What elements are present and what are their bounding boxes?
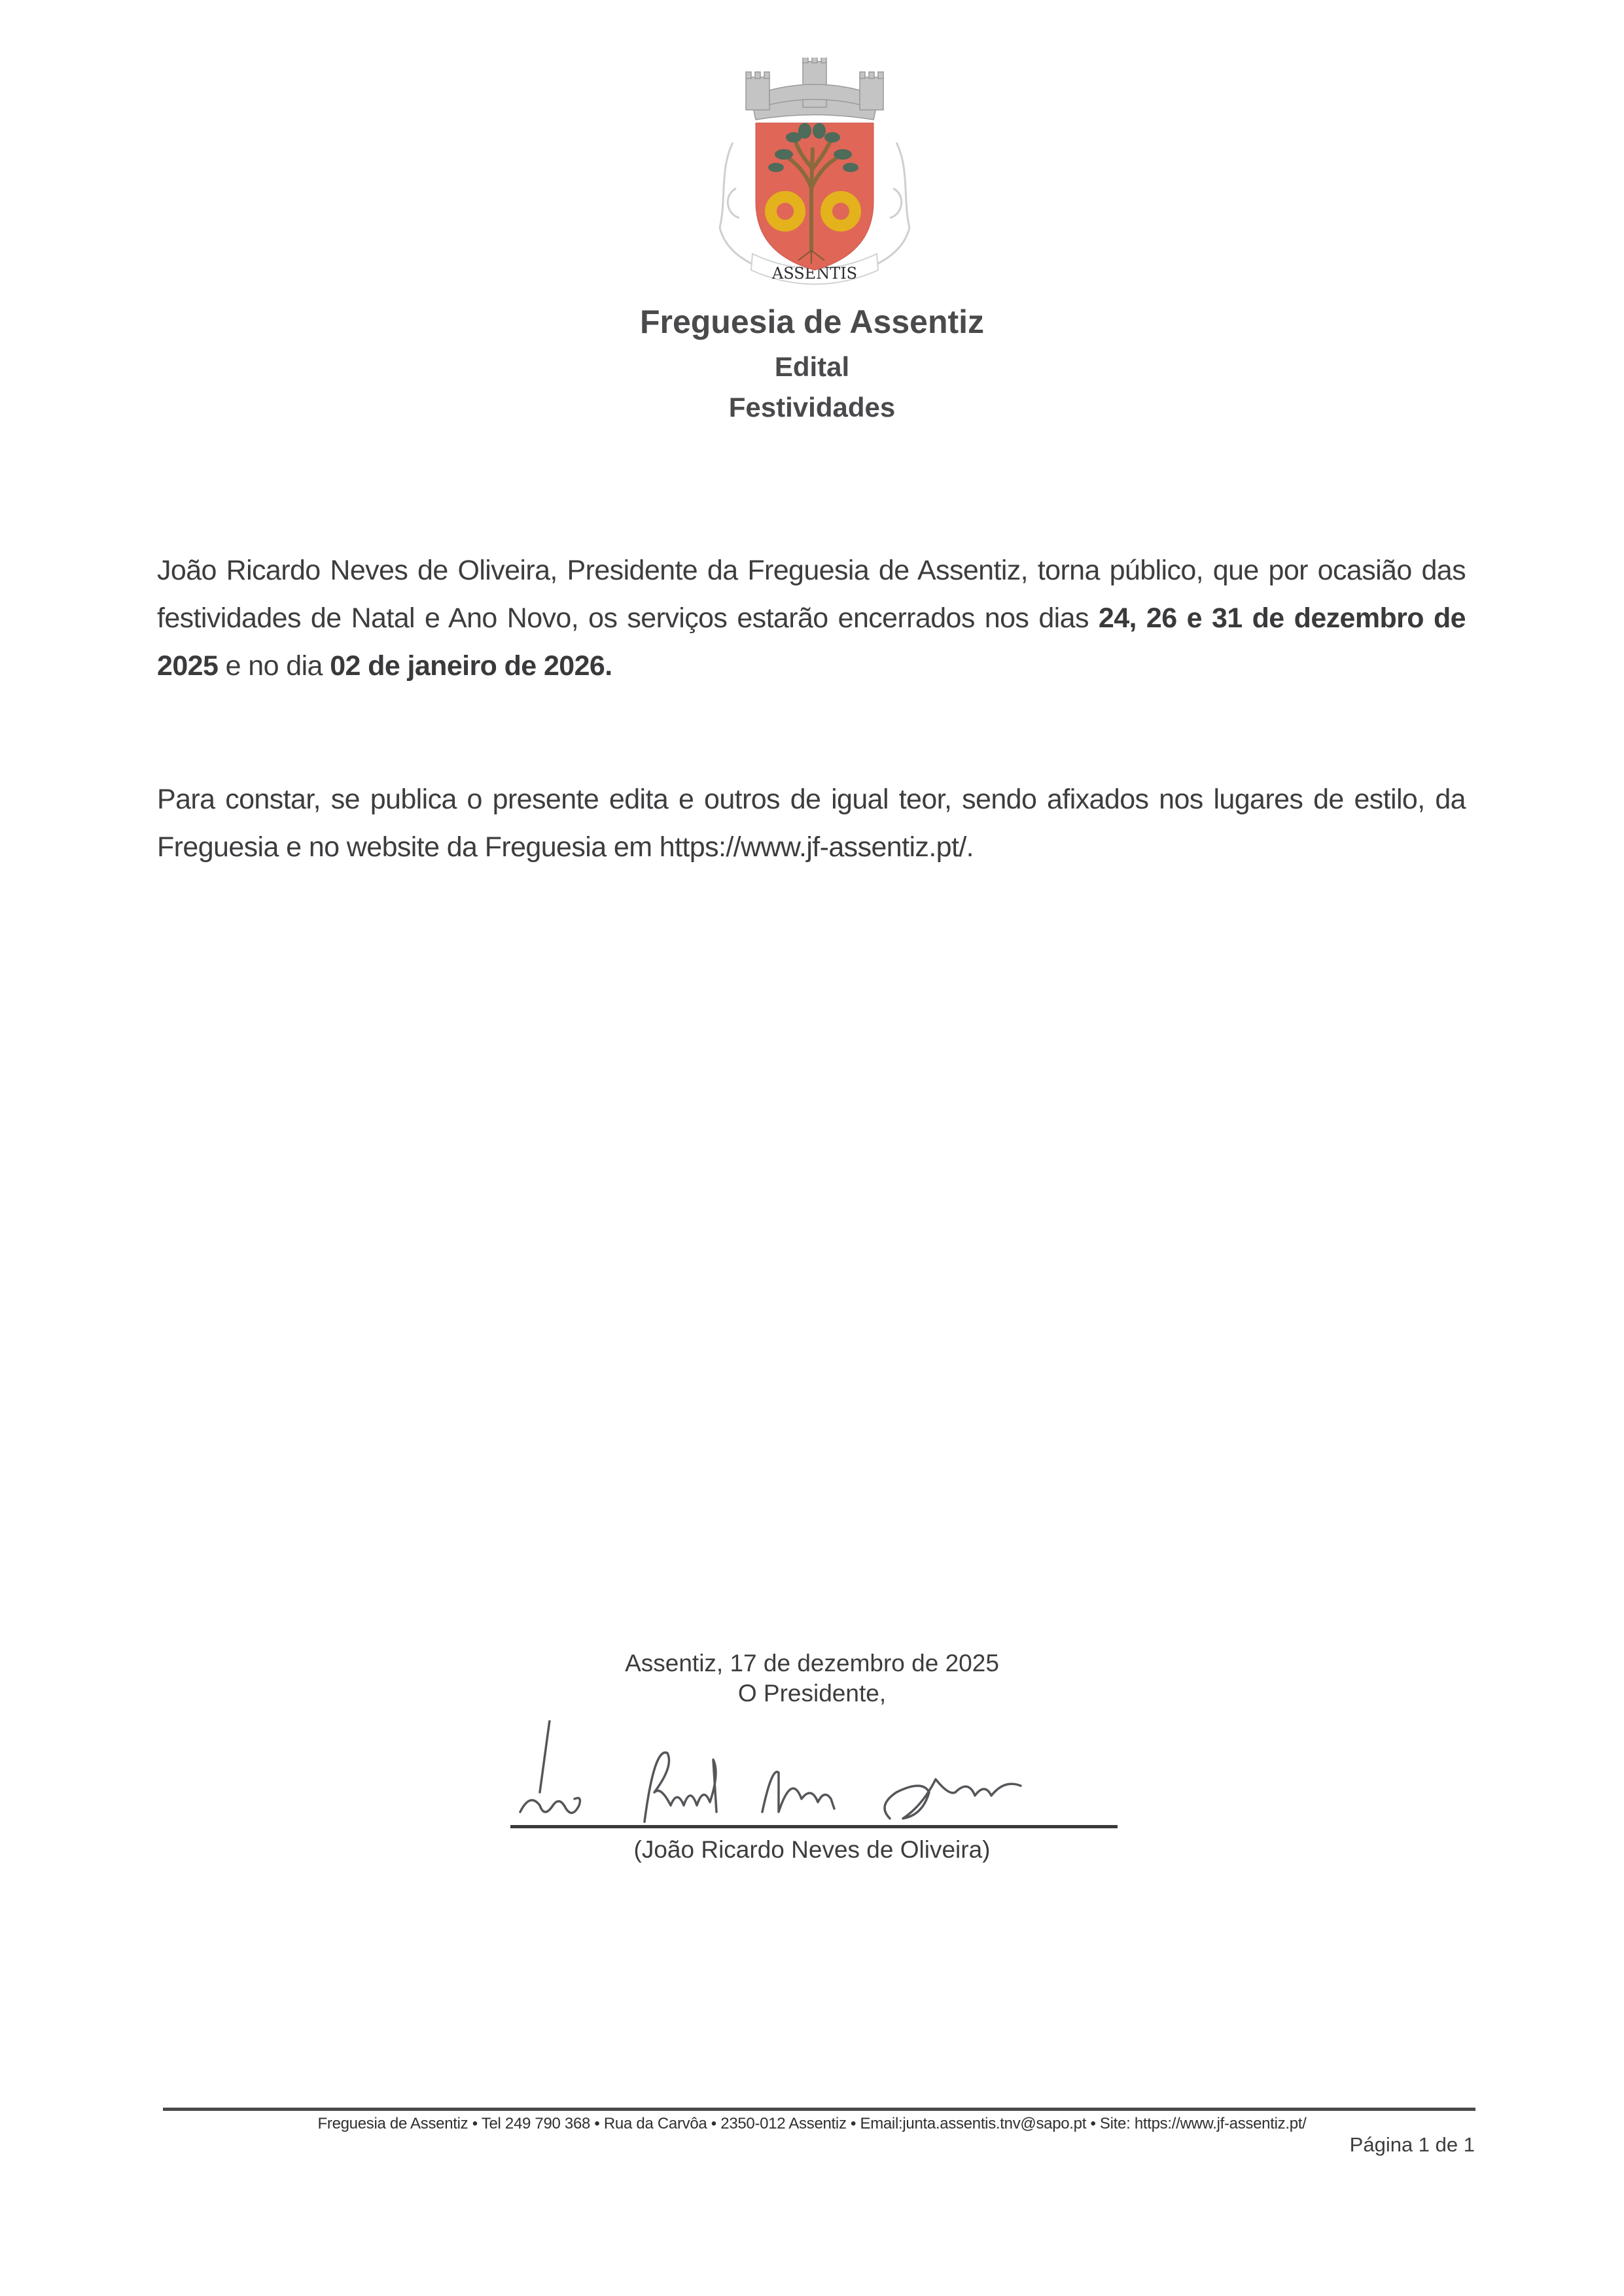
coat-of-arms-emblem: ASSENTIS [707, 58, 923, 293]
signatory-role: O Presidente, [0, 1679, 1624, 1709]
signatory-name: (João Ricardo Neves de Oliveira) [0, 1835, 1624, 1865]
signature-line [510, 1825, 1118, 1828]
document-type: Edital [0, 350, 1624, 384]
handwritten-signature [504, 1720, 1132, 1832]
coat-of-arms-icon: ASSENTIS [707, 58, 923, 293]
place-and-date: Assentiz, 17 de dezembro de 2025 [0, 1648, 1624, 1679]
closed-date-january: 02 de janeiro de 2026. [330, 650, 612, 682]
signature-icon [504, 1720, 1132, 1832]
page-indicator: Página 1 de 1 [1350, 2132, 1475, 2157]
publication-paragraph: Para constar, se publica o presente edit… [157, 776, 1466, 871]
page-title: Freguesia de Assentiz [0, 302, 1624, 341]
footer-divider [163, 2108, 1475, 2111]
document-topic: Festividades [0, 391, 1624, 425]
announcement-connector: e no dia [218, 650, 330, 682]
announcement-paragraph: João Ricardo Neves de Oliveira, Presiden… [157, 547, 1466, 690]
footer-contact-info: Freguesia de Assentiz • Tel 249 790 368 … [0, 2114, 1624, 2134]
